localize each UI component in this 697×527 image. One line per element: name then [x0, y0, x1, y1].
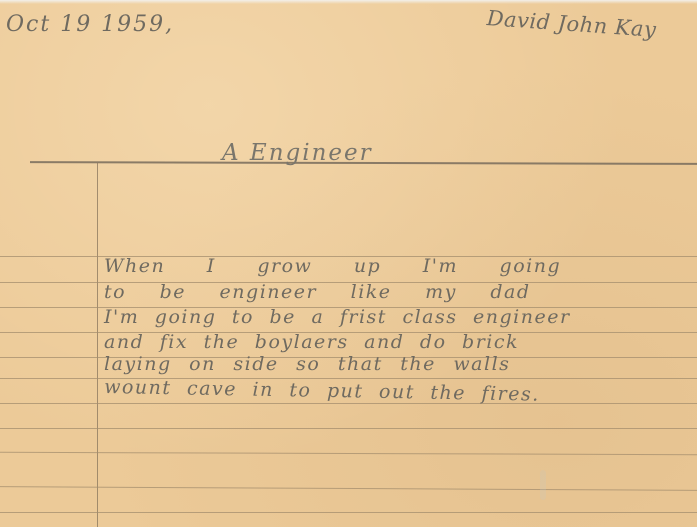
body-line-6: wount cave in to put out the fires. [104, 376, 540, 406]
ruled-line [0, 486, 697, 491]
body-line-2: to be engineer like my dad [104, 281, 531, 303]
ruled-line [0, 512, 697, 513]
handwritten-date: Oct 19 1959, [6, 12, 174, 37]
ruled-line [0, 403, 697, 404]
handwritten-author-name: David John Kay [486, 6, 657, 42]
handwritten-title: A Engineer [222, 140, 373, 166]
lined-paper-page: Oct 19 1959, David John Kay A Engineer W… [0, 0, 697, 527]
body-line-5: laying on side so that the walls [104, 353, 510, 375]
margin-line [97, 163, 98, 527]
ruled-line [0, 428, 697, 429]
body-line-4: and fix the boylaers and do brick [104, 331, 519, 353]
body-line-1: When I grow up I'm going [104, 255, 561, 277]
paper-top-edge [0, 0, 697, 4]
paper-smudge [540, 470, 546, 500]
ruled-line [0, 452, 697, 455]
body-line-3: I'm going to be a frist class engineer [104, 306, 571, 328]
